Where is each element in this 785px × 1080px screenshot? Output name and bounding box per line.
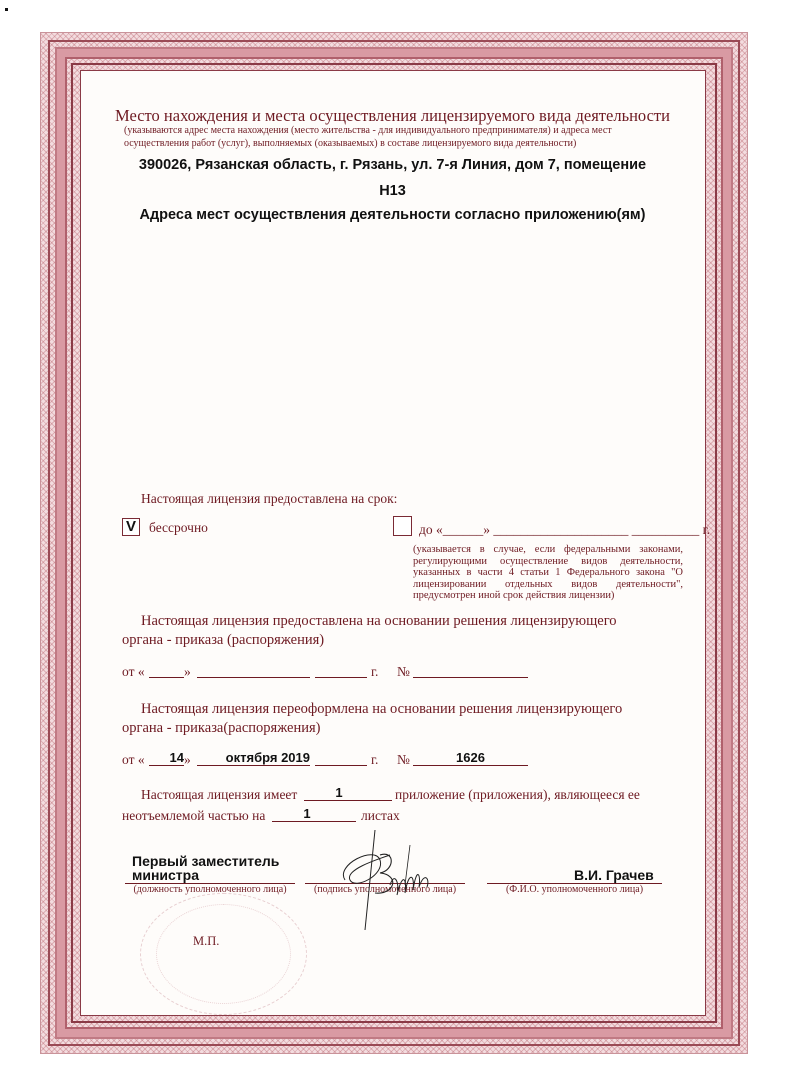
- granted-quote-close: »: [184, 664, 191, 680]
- reissued-number-value: 1626: [413, 750, 528, 765]
- signatory-name: В.И. Грачев: [574, 867, 654, 883]
- seal-label: М.П.: [193, 934, 219, 949]
- reissued-month-year-value: октября 2019: [197, 750, 310, 765]
- reissued-year-suffix: г.: [371, 752, 378, 768]
- granted-number-prefix: №: [397, 664, 410, 680]
- appendix-line-1-suffix: приложение (приложения), являющееся ее: [395, 787, 640, 803]
- reissued-day-value: 14: [149, 750, 184, 765]
- until-note: (указывается в случае, если федеральными…: [413, 544, 683, 602]
- until-checkbox[interactable]: [393, 516, 412, 536]
- sheet-count-value: 1: [272, 806, 342, 821]
- document-title: Место нахождения и места осуществления л…: [0, 106, 785, 126]
- reissued-from-prefix: от «: [122, 752, 145, 768]
- appendix-count-field[interactable]: [304, 800, 392, 801]
- sheet-count-field[interactable]: [272, 821, 356, 822]
- address-line-2: Н13: [0, 183, 785, 199]
- reissued-number-prefix: №: [397, 752, 410, 768]
- document-subtitle: (указываются адрес места нахождения (мес…: [124, 124, 664, 150]
- until-label: до «______» ____________________ _______…: [419, 522, 710, 538]
- reissued-year-field[interactable]: [315, 765, 367, 766]
- position-caption: (должность уполномоченного лица): [125, 884, 295, 895]
- basis-reissued-line-2: органа - приказа(распоряжения): [122, 720, 321, 737]
- address-line-3: Адреса мест осуществления деятельности с…: [0, 207, 785, 223]
- granted-month-field[interactable]: [197, 677, 310, 678]
- basis-granted-line-1: Настоящая лицензия предоставлена на осно…: [141, 613, 617, 630]
- appendix-line-2-suffix: листах: [361, 808, 400, 824]
- basis-granted-line-2: органа - приказа (распоряжения): [122, 632, 324, 649]
- basis-reissued-line-1: Настоящая лицензия переоформлена на осно…: [141, 701, 622, 718]
- granted-year-field[interactable]: [315, 677, 367, 678]
- reissued-month-field[interactable]: [197, 765, 310, 766]
- position-line-2: министра: [132, 867, 199, 883]
- appendix-line-2-prefix: неотъемлемой частью на: [122, 808, 265, 824]
- granted-from-prefix: от «: [122, 664, 145, 680]
- granted-year-suffix: г.: [371, 664, 378, 680]
- appendix-line-1-prefix: Настоящая лицензия имеет: [141, 787, 297, 803]
- granted-day-field[interactable]: [149, 677, 184, 678]
- handwritten-signature: [335, 825, 445, 935]
- reissued-quote-close: »: [184, 752, 191, 768]
- scan-artifact: [5, 8, 8, 11]
- official-seal-stamp: [140, 893, 307, 1015]
- address-line-1: 390026, Рязанская область, г. Рязань, ул…: [0, 157, 785, 173]
- indefinite-checkbox[interactable]: V: [122, 518, 140, 536]
- indefinite-label: бессрочно: [149, 520, 208, 536]
- reissued-number-field[interactable]: [413, 765, 528, 766]
- check-mark-icon: V: [126, 518, 136, 535]
- granted-number-field[interactable]: [413, 677, 528, 678]
- reissued-day-field[interactable]: [149, 765, 184, 766]
- term-heading: Настоящая лицензия предоставлена на срок…: [141, 491, 397, 507]
- appendix-count-value: 1: [304, 785, 374, 800]
- name-caption: (Ф.И.О. уполномоченного лица): [487, 884, 662, 895]
